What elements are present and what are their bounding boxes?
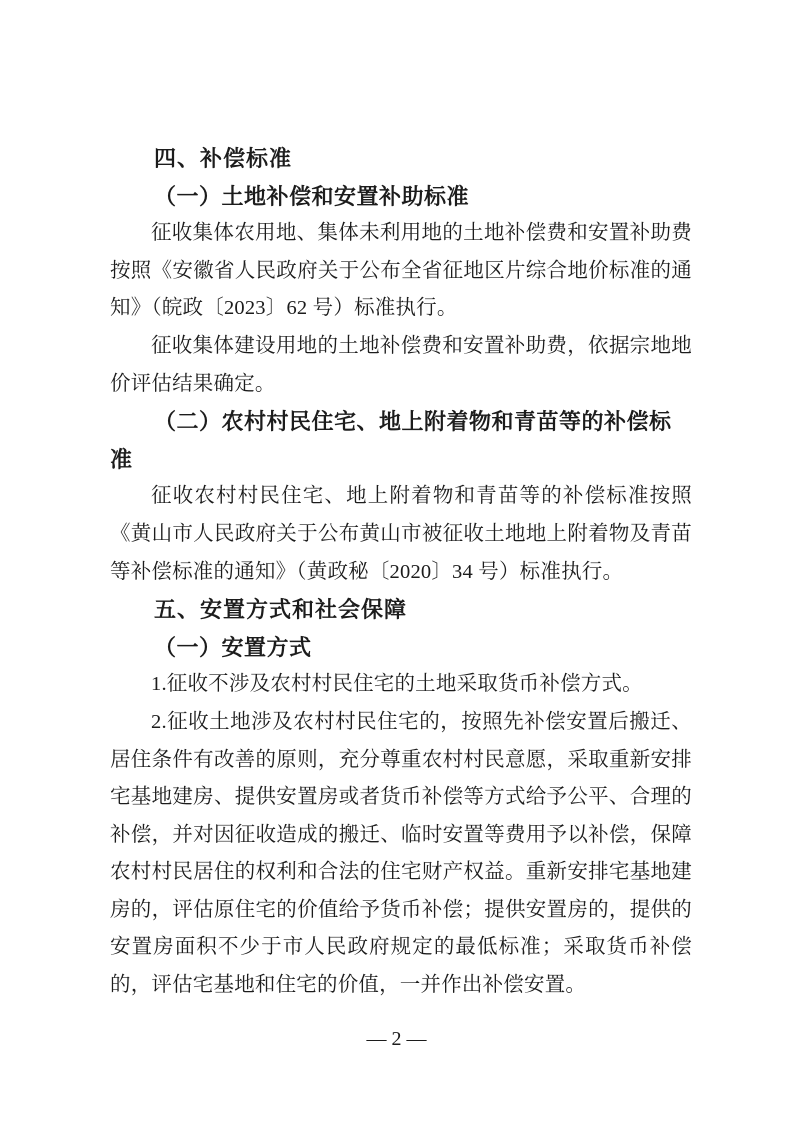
sub-heading: （二）农村村民住宅、地上附着物和青苗等的补偿标准 (110, 403, 692, 478)
body-paragraph: 征收集体农用地、集体未利用地的土地补偿费和安置补助费按照《安徽省人民政府关于公布… (110, 215, 692, 328)
body-paragraph: 征收集体建设用地的土地补偿费和安置补助费，依据宗地地价评估结果确定。 (110, 328, 692, 403)
document-body: 四、补偿标准（一）土地补偿和安置补助标准征收集体农用地、集体未利用地的土地补偿费… (110, 140, 692, 1005)
body-paragraph: 2.征收土地涉及农村村民住宅的，按照先补偿安置后搬迁、居住条件有改善的原则，充分… (110, 704, 692, 1005)
body-paragraph: 1.征收不涉及农村村民住宅的土地采取货币补偿方式。 (110, 666, 692, 704)
sub-heading: （一）土地补偿和安置补助标准 (110, 178, 692, 216)
sub-heading: （一）安置方式 (110, 629, 692, 667)
section-heading: 五、安置方式和社会保障 (110, 591, 692, 629)
body-paragraph: 征收农村村民住宅、地上附着物和青苗等的补偿标准按照《黄山市人民政府关于公布黄山市… (110, 478, 692, 591)
page-number: — 2 — (0, 1028, 793, 1051)
document-page: 四、补偿标准（一）土地补偿和安置补助标准征收集体农用地、集体未利用地的土地补偿费… (0, 0, 793, 1122)
section-heading: 四、补偿标准 (110, 140, 692, 178)
